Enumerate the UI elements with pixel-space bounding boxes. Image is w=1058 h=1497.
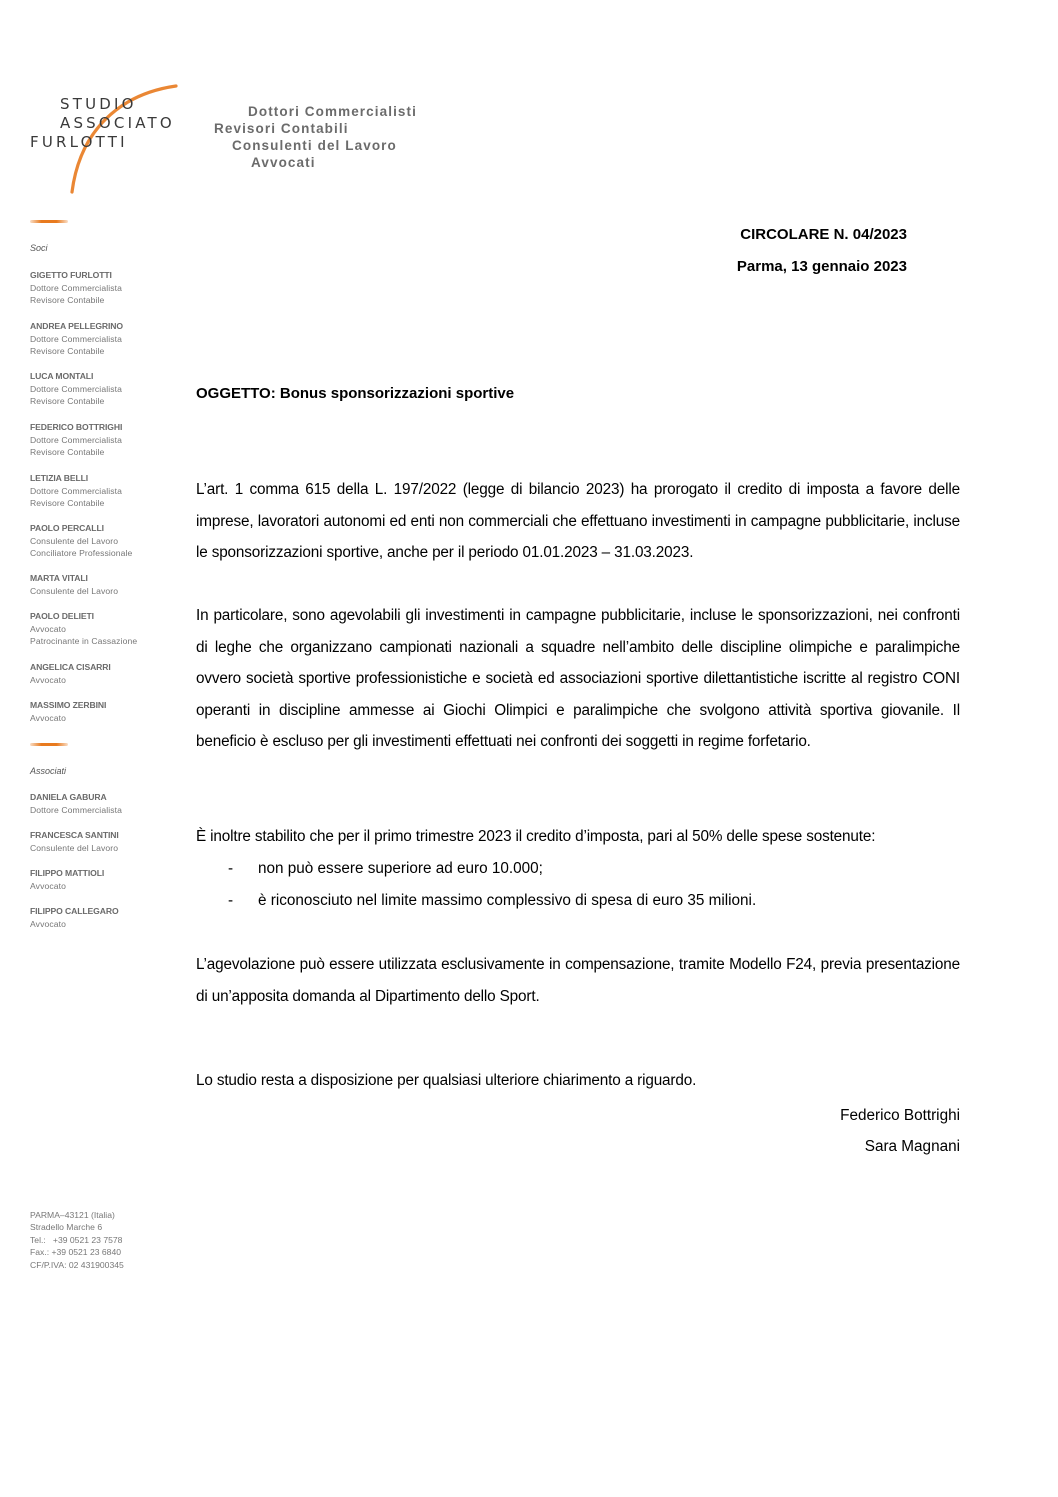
partner-name: MASSIMO ZERBINI [30,699,180,712]
partner-name: LETIZIA BELLI [30,472,180,485]
list-item: - è riconosciuto nel limite massimo comp… [196,885,960,917]
profession-commercialisti: Dottori Commercialisti [248,103,417,120]
partner-role: Dottore Commercialista [30,434,180,447]
associate-name: FRANCESCA SANTINI [30,829,180,842]
partner-entry: ANGELICA CISARRI Avvocato [30,661,180,686]
partner-entry: LETIZIA BELLI Dottore Commercialista Rev… [30,472,180,510]
associati-label: Associati [30,766,66,776]
associate-role: Avvocato [30,880,180,893]
profession-avvocati: Avvocati [251,154,316,171]
associate-entry: FILIPPO MATTIOLI Avvocato [30,867,180,892]
partner-entry: MASSIMO ZERBINI Avvocato [30,699,180,724]
address-vat: CF/P.IVA: 02 431900345 [30,1259,124,1271]
paragraph: In particolare, sono agevolabili gli inv… [196,600,960,758]
partner-role: Revisore Contabile [30,395,180,408]
address-street: Stradello Marche 6 [30,1221,124,1233]
dash-bullet-icon: - [228,885,233,917]
address-phone: Tel.: +39 0521 23 7578 [30,1234,124,1246]
letter-date: Parma, 13 gennaio 2023 [737,258,907,275]
partner-entry: FEDERICO BOTTRIGHI Dottore Commercialist… [30,421,180,459]
associate-role: Avvocato [30,918,180,931]
dash-bullet-icon: - [228,853,233,885]
partner-role: Dottore Commercialista [30,383,180,396]
associate-entry: FRANCESCA SANTINI Consulente del Lavoro [30,829,180,854]
partner-role: Patrocinante in Cassazione [30,635,180,648]
partner-role: Avvocato [30,674,180,687]
circular-number: CIRCOLARE N. 04/2023 [740,226,907,243]
paragraph: L’agevolazione può essere utilizzata esc… [196,949,960,1012]
associate-entry: DANIELA GABURA Dottore Commercialista [30,791,180,816]
partner-entry: ANDREA PELLEGRINO Dottore Commercialista… [30,320,180,358]
profession-consulenti: Consulenti del Lavoro [232,137,397,154]
partner-role: Conciliatore Professionale [30,547,180,560]
partner-name: ANGELICA CISARRI [30,661,180,674]
associate-name: FILIPPO CALLEGARO [30,905,180,918]
partner-role: Dottore Commercialista [30,282,180,295]
partner-entry: LUCA MONTALI Dottore Commercialista Revi… [30,370,180,408]
profession-revisori: Revisori Contabili [214,120,349,137]
paragraph: È inoltre stabilito che per il primo tri… [196,821,960,853]
office-address: PARMA–43121 (Italia) Stradello Marche 6 … [30,1209,124,1271]
partner-role: Revisore Contabile [30,446,180,459]
logo-line-studio: STUDIO [60,95,137,114]
partner-name: FEDERICO BOTTRIGHI [30,421,180,434]
paragraph: L’art. 1 comma 615 della L. 197/2022 (le… [196,474,960,569]
associate-name: FILIPPO MATTIOLI [30,867,180,880]
list-item-text: non può essere superiore ad euro 10.000; [258,860,543,877]
partner-name: MARTA VITALI [30,572,180,585]
partner-role: Dottore Commercialista [30,333,180,346]
partner-entry: PAOLO DELIETI Avvocato Patrocinante in C… [30,610,180,648]
associate-role: Dottore Commercialista [30,804,180,817]
partner-role: Avvocato [30,623,180,636]
partner-role: Consulente del Lavoro [30,535,180,548]
partner-role: Revisore Contabile [30,497,180,510]
associate-entry: FILIPPO CALLEGARO Avvocato [30,905,180,930]
divider-rule [30,220,68,223]
signature: Federico Bottrighi [840,1107,960,1125]
partner-name: LUCA MONTALI [30,370,180,383]
partner-role: Dottore Commercialista [30,485,180,498]
divider-rule [30,743,68,746]
partner-role: Consulente del Lavoro [30,585,180,598]
partner-entry: GIGETTO FURLOTTI Dottore Commercialista … [30,269,180,307]
associate-name: DANIELA GABURA [30,791,180,804]
partner-role: Avvocato [30,712,180,725]
list-item-text: è riconosciuto nel limite massimo comple… [258,892,756,909]
partner-name: PAOLO DELIETI [30,610,180,623]
address-city: PARMA–43121 (Italia) [30,1209,124,1221]
partner-name: ANDREA PELLEGRINO [30,320,180,333]
conditions-list: - non può essere superiore ad euro 10.00… [196,853,960,916]
paragraph: Lo studio resta a disposizione per quals… [196,1065,960,1097]
partner-entry: PAOLO PERCALLI Consulente del Lavoro Con… [30,522,180,560]
address-fax: Fax.: +39 0521 23 6840 [30,1246,124,1258]
partner-role: Revisore Contabile [30,294,180,307]
list-item: - non può essere superiore ad euro 10.00… [196,853,960,885]
logo-line-furlotti: FURLOTTI [30,133,128,152]
logo-line-associato: ASSOCIATO [60,114,175,133]
studio-logo: STUDIO ASSOCIATO FURLOTTI [0,80,190,210]
partner-name: GIGETTO FURLOTTI [30,269,180,282]
signature: Sara Magnani [865,1138,960,1156]
associate-role: Consulente del Lavoro [30,842,180,855]
partner-entry: MARTA VITALI Consulente del Lavoro [30,572,180,597]
partner-role: Revisore Contabile [30,345,180,358]
soci-label: Soci [30,243,48,253]
letter-subject: OGGETTO: Bonus sponsorizzazioni sportive [196,385,514,402]
partner-name: PAOLO PERCALLI [30,522,180,535]
